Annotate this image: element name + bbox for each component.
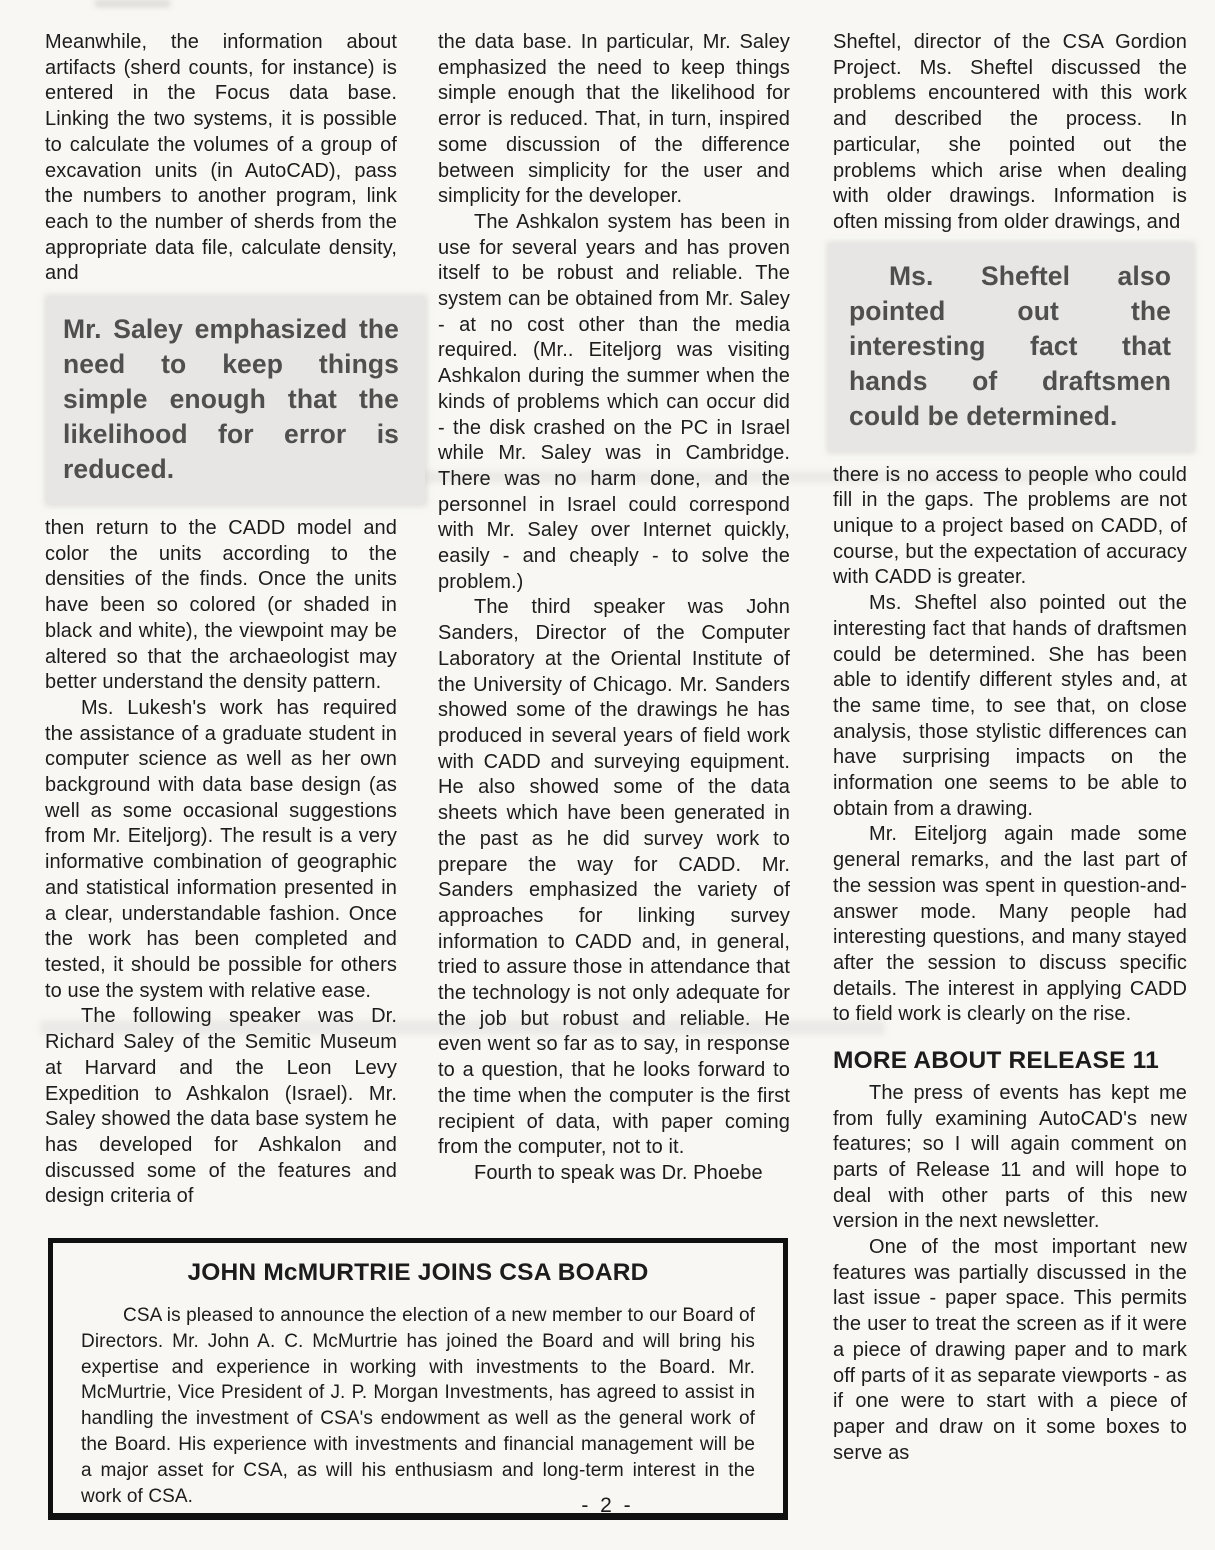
paragraph-ashkalon-system: The Ashkalon system has been in use for …	[438, 210, 790, 596]
paragraph-fourth-speaker: Fourth to speak was Dr. Phoebe	[438, 1161, 790, 1187]
paragraph-paper-space: One of the most important new features w…	[833, 1235, 1187, 1466]
page-number: - 2 -	[0, 1494, 1215, 1518]
paragraph-draftsmen: Ms. Sheftel also pointed out the interes…	[833, 591, 1187, 822]
box-body: CSA is pleased to announce the election …	[81, 1303, 755, 1509]
scan-artifact	[95, 0, 170, 7]
paragraph-database: the data base. In particular, Mr. Saley …	[438, 30, 790, 210]
paragraph-saley-intro: The following speaker was Dr. Richard Sa…	[45, 1004, 397, 1210]
column-left: Meanwhile, the information about artifac…	[45, 30, 397, 1210]
paragraph-sanders: The third speaker was John Sanders, Dire…	[438, 595, 790, 1160]
column-right: Sheftel, director of the CSA Gordion Pro…	[833, 30, 1187, 1466]
paragraph-no-access: there is no access to people who could f…	[833, 463, 1187, 592]
paragraph-cadd-model: then return to the CADD model and color …	[45, 516, 397, 696]
paragraph-press-of-events: The press of events has kept me from ful…	[833, 1081, 1187, 1235]
pull-quote-saley: Mr. Saley emphasized the need to keep th…	[47, 297, 425, 504]
paragraph-eiteljorg-remarks: Mr. Eiteljorg again made some general re…	[833, 822, 1187, 1028]
box-title: JOHN McMURTRIE JOINS CSA BOARD	[81, 1259, 755, 1287]
pull-quote-sheftel: Ms. Sheftel also pointed out the interes…	[829, 244, 1193, 451]
mcmurtrie-announcement-box: JOHN McMURTRIE JOINS CSA BOARD CSA is pl…	[48, 1238, 788, 1520]
paragraph-meanwhile: Meanwhile, the information about artifac…	[45, 30, 397, 287]
section-heading-release-11: MORE ABOUT RELEASE 11	[833, 1048, 1187, 1074]
paragraph-lukesh: Ms. Lukesh's work has required the assis…	[45, 696, 397, 1004]
newsletter-page: Meanwhile, the information about artifac…	[0, 0, 1215, 1550]
column-middle: the data base. In particular, Mr. Saley …	[438, 30, 790, 1187]
paragraph-sheftel: Sheftel, director of the CSA Gordion Pro…	[833, 30, 1187, 236]
